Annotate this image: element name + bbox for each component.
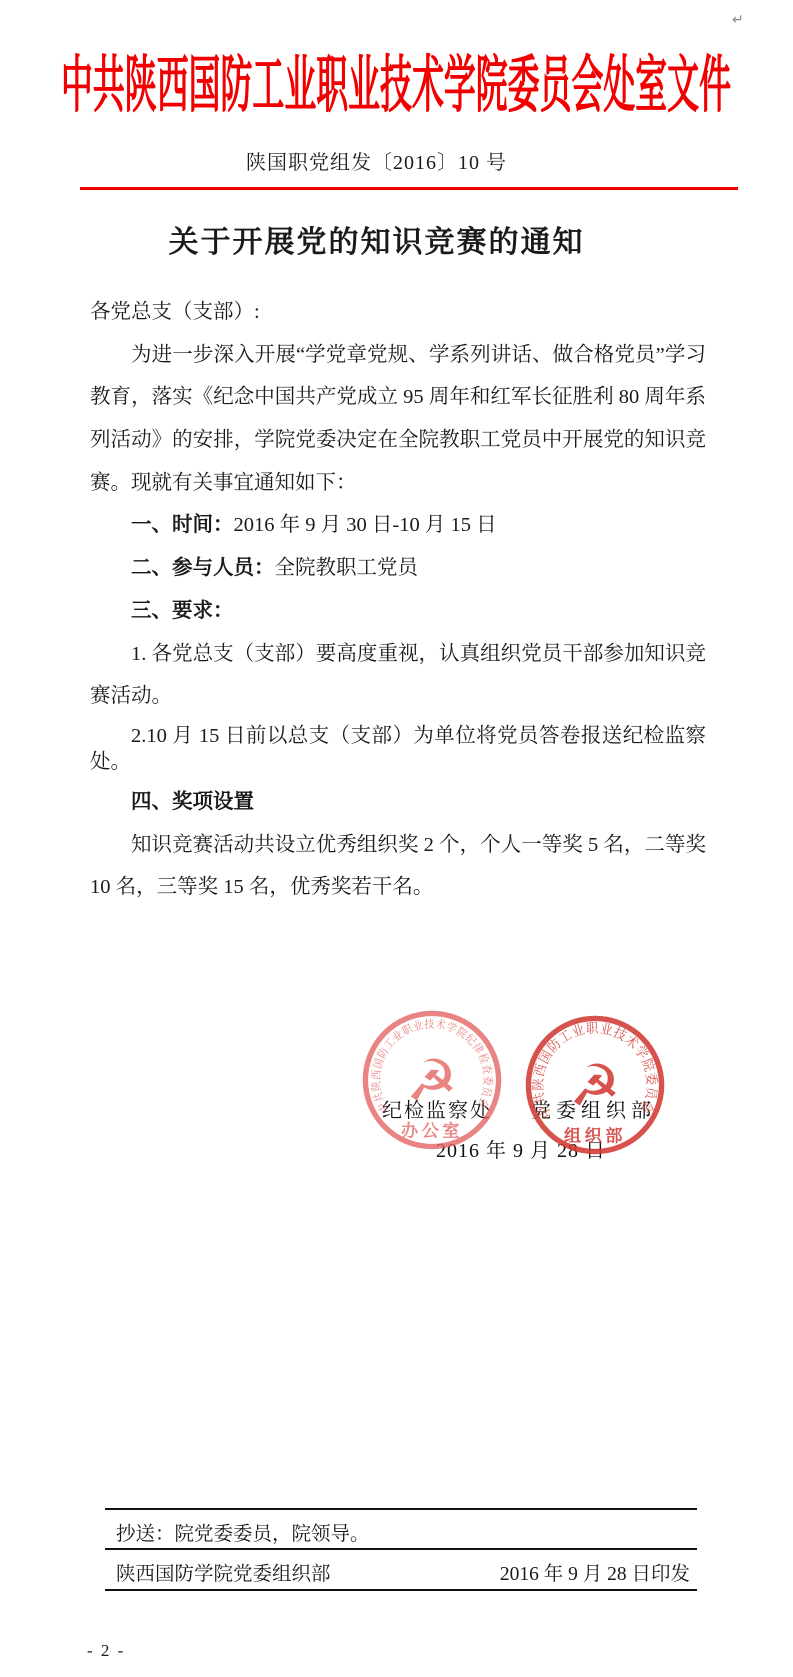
page-number: - 2 -: [87, 1641, 125, 1661]
issuer: 陕西国防学院党委组织部: [116, 1558, 331, 1586]
document-title: 关于开展党的知识竞赛的通知: [0, 217, 793, 261]
awards-detail: 知识竞赛活动共设立优秀组织奖 2 个，个人一等奖 5 名，二等奖 10 名，三等…: [90, 824, 706, 909]
item-time: 一、时间：2016 年 9 月 30 日-10 月 15 日: [90, 504, 706, 547]
letterhead-banner-text: 中共陕西国防工业职业技术学院委员会处室文件: [61, 51, 731, 120]
intro-paragraph: 为进一步深入开展“学党章党规、学系列讲话、做合格党员”学习教育，落实《纪念中国共…: [90, 334, 706, 505]
salutation: 各党总支（支部）:: [90, 291, 706, 334]
item-awards-label: 四、奖项设置: [131, 791, 254, 813]
doc-number: 陕国职党组发〔2016〕10 号: [0, 146, 793, 175]
hammer-sickle-icon: ☭: [569, 1056, 621, 1119]
cc-line: 抄送：院党委委员，院领导。: [116, 1518, 690, 1546]
seal-banner-text: 组织部: [564, 1126, 626, 1146]
footer-separator-middle: [105, 1548, 697, 1550]
requirement-1: 1. 各党总支（支部）要高度重视，认真组织党员干部参加知识竞赛活动。: [90, 633, 706, 718]
seal-banner-text: 办公室: [401, 1121, 463, 1141]
seal-party-committee: 中共陕西国防工业职业技术学院委员会 ☭ 组织部: [514, 1004, 676, 1166]
item-time-label: 一、时间：: [131, 514, 234, 536]
item-awards: 四、奖项设置: [90, 781, 706, 824]
document-page: 中共陕西国防工业职业技术学院委员会处室文件 ↵ 陕国职党组发〔2016〕10 号…: [0, 0, 793, 1677]
requirement-2: 2.10 月 15 日前以总支（支部）为单位将党员答卷报送纪检监察处。: [90, 718, 706, 781]
red-separator-line: [80, 187, 738, 190]
letterhead-banner: 中共陕西国防工业职业技术学院委员会处室文件: [0, 20, 793, 120]
issue-row: 陕西国防学院党委组织部 2016 年 9 月 28 日印发: [116, 1558, 690, 1586]
item-participants-value: 全院教职工党员: [275, 557, 419, 579]
paragraph-mark: ↵: [732, 12, 744, 28]
seal-discipline-committee: 中共陕西国防工业职业技术学院纪律检查委员会 ☭ 办公室: [351, 999, 513, 1161]
item-requirements: 三、要求：: [90, 590, 706, 633]
item-participants-label: 二、参与人员：: [131, 557, 275, 579]
hammer-sickle-icon: ☭: [406, 1051, 458, 1114]
footer-separator-top: [105, 1508, 697, 1510]
item-time-value: 2016 年 9 月 30 日-10 月 15 日: [234, 514, 497, 536]
item-participants: 二、参与人员：全院教职工党员: [90, 547, 706, 590]
item-requirements-label: 三、要求：: [131, 600, 234, 622]
footer-separator-bottom: [105, 1589, 697, 1591]
document-body: 各党总支（支部）: 为进一步深入开展“学党章党规、学系列讲话、做合格党员”学习教…: [90, 291, 706, 909]
print-date: 2016 年 9 月 28 日印发: [500, 1558, 690, 1586]
